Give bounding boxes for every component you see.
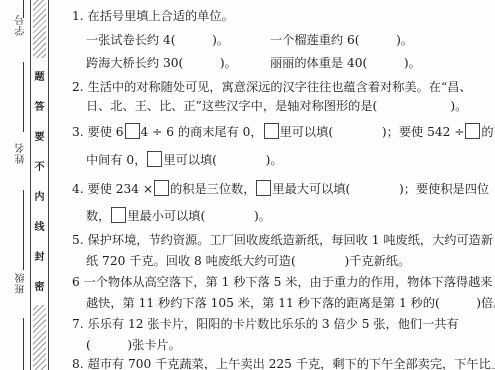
q5-line1: 5. 保护环境，节约资源。工厂回收废纸造新纸，每回收 1 吨废纸，大约可造新 xyxy=(72,233,493,248)
name-label: 姓名 xyxy=(14,142,29,164)
q6-line2: 越快，第 11 秒约下落 105 米，第 11 秒下落的距离是第 1 秒的( )… xyxy=(86,296,495,311)
q4-text-5: 里最小可以填( )。 xyxy=(127,209,271,223)
answer-box[interactable] xyxy=(147,151,162,167)
answer-box[interactable] xyxy=(264,123,279,139)
q3-text-3: 里可以填( )；要使 542 ÷ xyxy=(280,125,465,139)
q7-line1: 7. 乐乐有 12 张卡片，阳阳的卡片数比乐乐的 3 倍少 5 张，他们一共有 xyxy=(72,317,459,332)
seal-line-strip: 题 答 要 不 内 线 封 密 xyxy=(30,0,49,370)
student-no-label: 学号 xyxy=(14,14,29,36)
q4-text-3: 里最大可以填( )；要使积是四位 xyxy=(272,182,489,196)
hatch-pattern xyxy=(33,305,46,370)
q3-text-5: 中间有 0， xyxy=(86,153,146,167)
q2-line1: 2. 生活中的对称随处可见，寓意深远的汉字往往也蕴含着对称美。在“昌、 xyxy=(72,80,472,95)
q3-text-4: 的商 xyxy=(481,125,495,139)
seal-char: 封 xyxy=(33,248,46,263)
q4-text-4: 数， xyxy=(86,209,110,223)
q3-text-2: 4 ÷ 6 的商末尾有 0， xyxy=(141,125,263,139)
seal-char: 线 xyxy=(33,218,46,233)
seal-char: 题 xyxy=(33,68,46,83)
q3-text-6: 里可以填( )。 xyxy=(163,153,282,167)
answer-box[interactable] xyxy=(154,180,169,196)
seal-char: 答 xyxy=(33,98,46,113)
class-line xyxy=(23,190,24,270)
class-label: 班级 xyxy=(14,272,29,294)
q4-text-1: 4. 要使 234 × xyxy=(72,182,153,196)
binding-margin: 学号 姓名 班级 题 答 要 不 内 线 封 密 xyxy=(0,0,62,370)
hatch-pattern xyxy=(33,0,46,58)
q5-line2: 纸 720 千克。回收 8 吨废纸大约可造( )千克新纸。 xyxy=(86,254,410,269)
q4-line2: 数，里最小可以填( )。 xyxy=(86,207,271,224)
q6-line1: 6 一个物体从高空落下，第 1 秒下落 5 米，由于重力的作用，物体下落得越来 xyxy=(72,275,492,290)
seal-char: 密 xyxy=(33,278,46,293)
extra-line xyxy=(23,318,24,370)
answer-box[interactable] xyxy=(256,180,271,196)
q2-line2: 日、北、王、比、正”这些汉字中，是轴对称图形的是( )。 xyxy=(86,99,467,114)
q8-line1: 8. 超市有 700 千克蔬菜，上午卖出 225 千克，剩下的下午全部卖完，下午… xyxy=(72,357,495,370)
seal-char: 不 xyxy=(33,158,46,173)
q4-line1: 4. 要使 234 ×的积是三位数，里最大可以填( )；要使积是四位 xyxy=(72,180,489,197)
q1-stem: 1. 在括号里填上合适的单位。 xyxy=(72,9,234,24)
q3-line2: 中间有 0，里可以填( )。 xyxy=(86,151,283,168)
name-line xyxy=(23,62,24,132)
q1-item-d: 丽丽的体重是 40( )。 xyxy=(270,56,421,71)
q4-text-2: 的积是三位数， xyxy=(170,182,255,196)
q1-item-c: 跨海大桥长约 30( )。 xyxy=(86,56,237,71)
answer-box[interactable] xyxy=(465,123,480,139)
q1-item-b: 一个榴莲重约 6( )。 xyxy=(270,33,413,48)
seal-char: 内 xyxy=(33,188,46,203)
q7-line2: ( )张卡片。 xyxy=(86,338,181,353)
q3-line1: 3. 要使 64 ÷ 6 的商末尾有 0，里可以填( )；要使 542 ÷的商 xyxy=(72,123,495,140)
answer-box[interactable] xyxy=(125,123,140,139)
q1-item-a: 一张试卷长约 4( )。 xyxy=(86,33,229,48)
seal-char: 要 xyxy=(33,128,46,143)
answer-box[interactable] xyxy=(111,207,126,223)
q3-text-1: 3. 要使 6 xyxy=(72,125,124,139)
